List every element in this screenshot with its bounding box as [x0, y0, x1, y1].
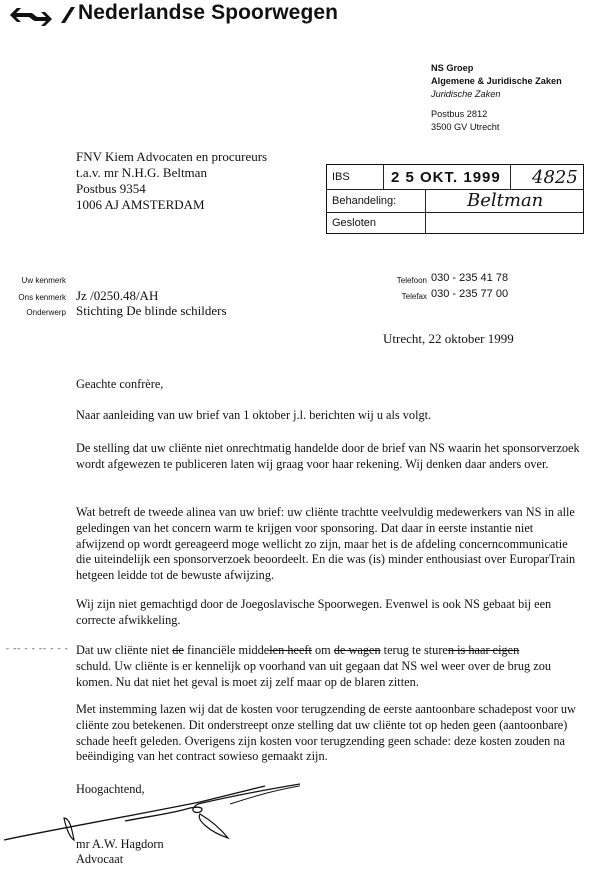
salutation: Geachte confrère, [76, 377, 581, 393]
stamp-handling-label: Behandeling: [327, 189, 432, 212]
signatory-title: Advocaat [76, 852, 123, 867]
received-stamp: IBS 2 5 OKT. 1999 4825 Behandeling: Belt… [326, 164, 584, 234]
paragraph: Met instemming lazen wij dat de kosten v… [76, 702, 581, 765]
struck-text: de [172, 643, 184, 657]
struck-text: de wagen [334, 643, 381, 657]
brand-name: Nederlandse Spoorwegen [78, 1, 338, 25]
sender-org: NS Groep [431, 62, 562, 75]
ns-logo-icon [8, 4, 58, 26]
sender-postbus: Postbus 2812 [431, 108, 562, 121]
addressee-line: Postbus 9354 [76, 181, 267, 197]
stamp-dept-code: IBS [327, 165, 388, 189]
text-fragment: financiële midde [184, 643, 269, 657]
paragraph-struck: Dat uw cliënte niet de financiële middel… [76, 643, 581, 690]
subject-value: Stichting De blinde schilders [76, 303, 227, 319]
text-fragment: terug te sture [381, 643, 448, 657]
margin-marks: - -- - - -- - - - [6, 643, 69, 653]
sender-postal-city: 3500 GV Utrecht [431, 121, 562, 134]
struck-text: len heeft [269, 643, 312, 657]
our-ref-value: Jz /0250.48/AH [76, 288, 158, 304]
your-ref-label: Uw kenmerk [6, 276, 66, 285]
addressee-line: 1006 AJ AMSTERDAM [76, 197, 267, 213]
subject-label: Onderwerp [6, 308, 66, 317]
addressee-line: t.a.v. mr N.H.G. Beltman [76, 165, 267, 181]
addressee-line: FNV Kiem Advocaten en procureurs [76, 149, 267, 165]
slash-logo-icon [60, 6, 76, 24]
stamp-closed-label: Gesloten [327, 212, 432, 233]
phone-value: 030 - 235 41 78 [431, 272, 508, 284]
text-fragment: om [312, 643, 334, 657]
fax-value: 030 - 235 77 00 [431, 288, 508, 300]
paragraph: Naar aanleiding van uw brief van 1 oktob… [76, 408, 581, 424]
stamp-date: 2 5 OKT. 1999 [391, 165, 551, 189]
phone-label: Telefoon [371, 276, 427, 285]
stamp-handling-value: Beltman [467, 189, 577, 212]
addressee-block: FNV Kiem Advocaten en procureurs t.a.v. … [76, 149, 267, 213]
paragraph: Wij zijn niet gemachtigd door de Joegosl… [76, 597, 581, 629]
place-date: Utrecht, 22 oktober 1999 [383, 331, 514, 347]
stamp-number: 4825 [532, 165, 582, 189]
sender-sub-department: Juridische Zaken [431, 88, 562, 101]
paragraph: Wat betreft de tweede alinea van uw brie… [76, 505, 581, 584]
sender-department: Algemene & Juridische Zaken [431, 75, 562, 88]
our-ref-label: Ons kenmerk [6, 293, 66, 302]
struck-text: n is haar eigen [448, 643, 519, 657]
paragraph-rest: schuld. Uw cliënte is er kennelijk op vo… [76, 659, 551, 689]
signatory-name: mr A.W. Hagdorn [76, 837, 164, 852]
paragraph: De stelling dat uw cliënte niet onrechtm… [76, 441, 581, 473]
fax-label: Telefax [371, 292, 427, 301]
text-fragment: Dat uw cliënte niet [76, 643, 172, 657]
sender-block: NS Groep Algemene & Juridische Zaken Jur… [431, 62, 562, 134]
struck-line: Dat uw cliënte niet de financiële middel… [76, 643, 519, 657]
stamp-closed-value [431, 212, 581, 233]
